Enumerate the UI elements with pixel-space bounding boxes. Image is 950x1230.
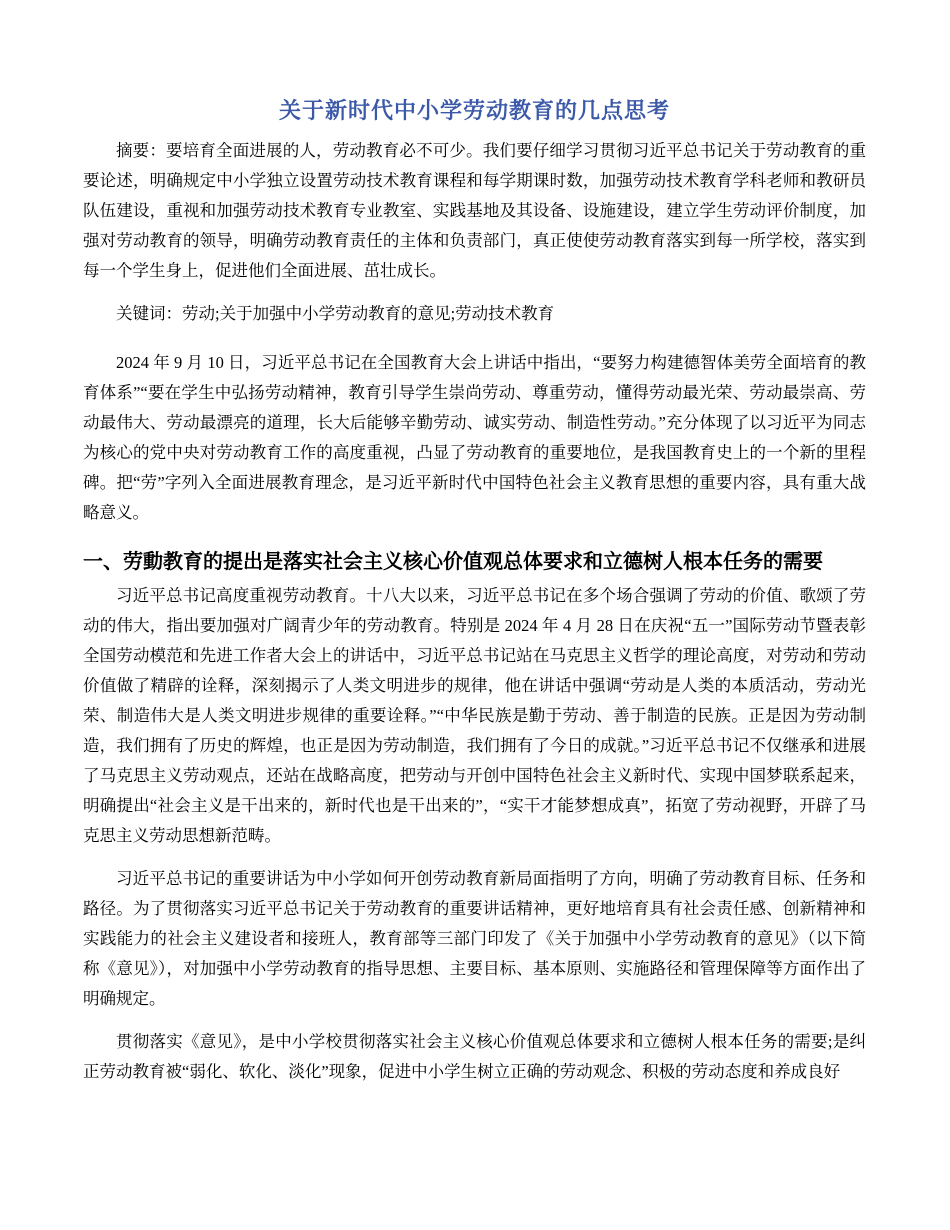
abstract-paragraph: 摘要：要培育全面进展的人，劳动教育必不可少。我们要仔细学习贯彻习近平总书记关于劳… xyxy=(83,136,866,286)
document-title: 关于新时代中小学劳动教育的几点思考 xyxy=(83,96,866,128)
intro-paragraph: 2024 年 9 月 10 日，习近平总书记在全国教育大会上讲话中指出，“要努力… xyxy=(83,348,866,528)
keywords-line: 关键词：劳动;关于加强中小学劳动教育的意见;劳动技术教育 xyxy=(83,299,866,329)
section-1-paragraph-2: 习近平总书记的重要讲话为中小学如何开创劳动教育新局面指明了方向，明确了劳动教育目… xyxy=(83,864,866,1014)
section-1-paragraph-3: 贯彻落实《意见》，是中小学校贯彻落实社会主义核心价值观总体要求和立德树人根本任务… xyxy=(83,1027,866,1087)
section-1-paragraph-1: 习近平总书记高度重视劳动教育。十八大以来，习近平总书记在多个场合强调了劳动的价值… xyxy=(83,581,866,851)
document-page: 关于新时代中小学劳动教育的几点思考 摘要：要培育全面进展的人，劳动教育必不可少。… xyxy=(0,0,950,1230)
section-1-heading: 一、劳動教育的提出是落实社会主义核心价值观总体要求和立德树人根本任务的需要 xyxy=(83,541,866,581)
